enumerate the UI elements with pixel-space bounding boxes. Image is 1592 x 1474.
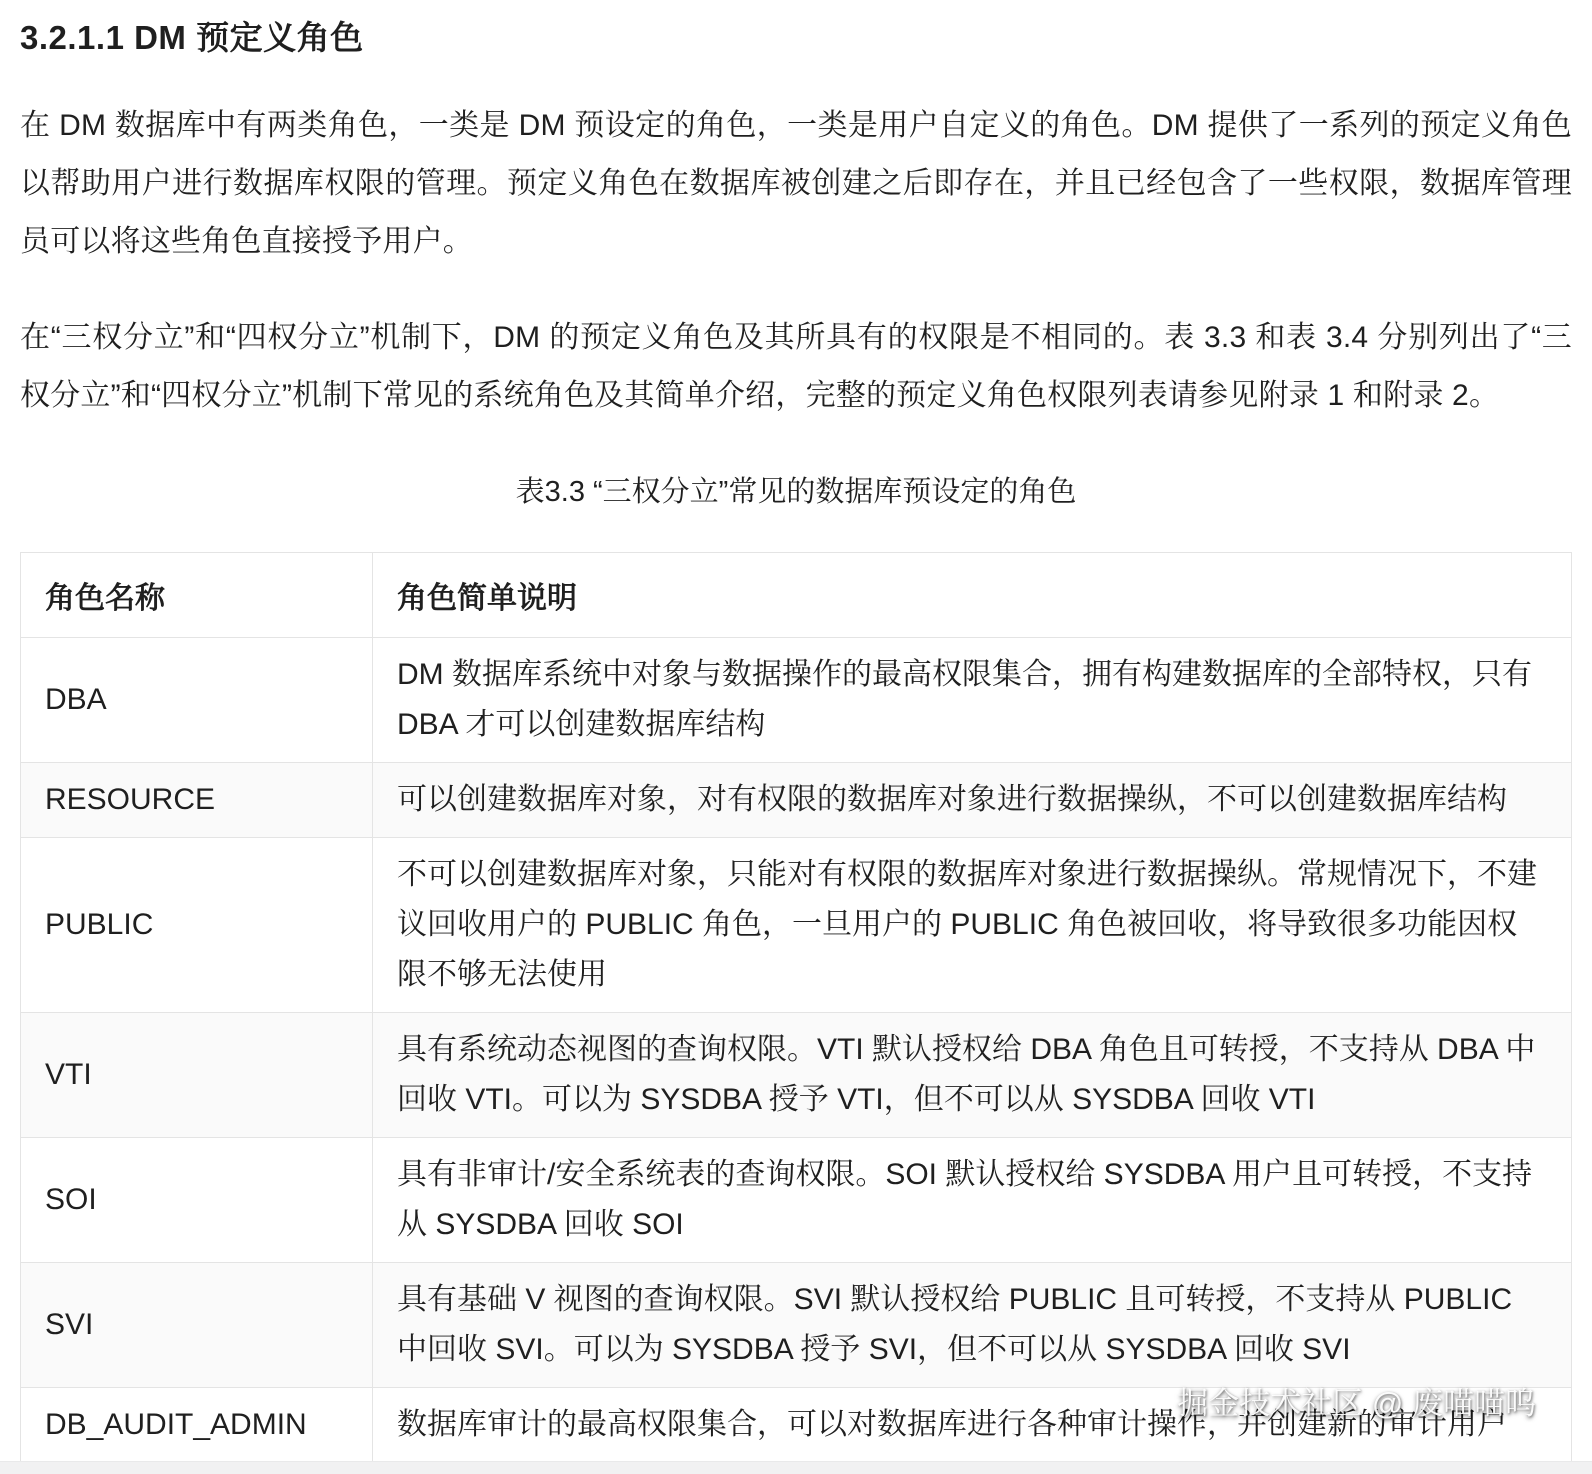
role-desc-cell: 数据库审计的最高权限集合，可以对数据库进行各种审计操作，并创建新的审计用户 bbox=[373, 1388, 1572, 1463]
table-row: PUBLIC 不可以创建数据库对象，只能对有权限的数据库对象进行数据操纵。常规情… bbox=[21, 838, 1572, 1013]
role-name-cell: SOI bbox=[21, 1138, 373, 1263]
section-heading: 3.2.1.1 DM 预定义角色 bbox=[0, 0, 1592, 59]
role-desc-cell: 具有基础 V 视图的查询权限。SVI 默认授权给 PUBLIC 且可转授，不支持… bbox=[373, 1263, 1572, 1388]
predefined-roles-table: 角色名称 角色简单说明 DBA DM 数据库系统中对象与数据操作的最高权限集合，… bbox=[20, 552, 1572, 1463]
table-header-row: 角色名称 角色简单说明 bbox=[21, 553, 1572, 638]
paragraph-mechanism: 在“三权分立”和“四权分立”机制下，DM 的预定义角色及其所具有的权限是不相同的… bbox=[20, 309, 1572, 425]
role-name-cell: RESOURCE bbox=[21, 763, 373, 838]
role-desc-cell: 可以创建数据库对象，对有权限的数据库对象进行数据操纵，不可以创建数据库结构 bbox=[373, 763, 1572, 838]
column-header-role-desc: 角色简单说明 bbox=[373, 553, 1572, 638]
role-desc-cell: 具有非审计/安全系统表的查询权限。SOI 默认授权给 SYSDBA 用户且可转授… bbox=[373, 1138, 1572, 1263]
role-name-cell: PUBLIC bbox=[21, 838, 373, 1013]
paragraph-intro: 在 DM 数据库中有两类角色，一类是 DM 预设定的角色，一类是用户自定义的角色… bbox=[20, 97, 1572, 271]
table-row: RESOURCE 可以创建数据库对象，对有权限的数据库对象进行数据操纵，不可以创… bbox=[21, 763, 1572, 838]
table-row: SVI 具有基础 V 视图的查询权限。SVI 默认授权给 PUBLIC 且可转授… bbox=[21, 1263, 1572, 1388]
role-desc-cell: 不可以创建数据库对象，只能对有权限的数据库对象进行数据操纵。常规情况下，不建议回… bbox=[373, 838, 1572, 1013]
table-row: SOI 具有非审计/安全系统表的查询权限。SOI 默认授权给 SYSDBA 用户… bbox=[21, 1138, 1572, 1263]
table-row: DB_AUDIT_ADMIN 数据库审计的最高权限集合，可以对数据库进行各种审计… bbox=[21, 1388, 1572, 1463]
table-row: DBA DM 数据库系统中对象与数据操作的最高权限集合，拥有构建数据库的全部特权… bbox=[21, 638, 1572, 763]
bottom-divider bbox=[0, 1461, 1592, 1474]
role-name-cell: SVI bbox=[21, 1263, 373, 1388]
table-caption: 表3.3 “三权分立”常见的数据库预设定的角色 bbox=[20, 469, 1572, 510]
role-name-cell: DB_AUDIT_ADMIN bbox=[21, 1388, 373, 1463]
role-desc-cell: 具有系统动态视图的查询权限。VTI 默认授权给 DBA 角色且可转授，不支持从 … bbox=[373, 1013, 1572, 1138]
role-desc-cell: DM 数据库系统中对象与数据操作的最高权限集合，拥有构建数据库的全部特权，只有 … bbox=[373, 638, 1572, 763]
role-name-cell: DBA bbox=[21, 638, 373, 763]
table-row: VTI 具有系统动态视图的查询权限。VTI 默认授权给 DBA 角色且可转授，不… bbox=[21, 1013, 1572, 1138]
column-header-role-name: 角色名称 bbox=[21, 553, 373, 638]
role-name-cell: VTI bbox=[21, 1013, 373, 1138]
document-page: 3.2.1.1 DM 预定义角色 在 DM 数据库中有两类角色，一类是 DM 预… bbox=[0, 0, 1592, 1474]
